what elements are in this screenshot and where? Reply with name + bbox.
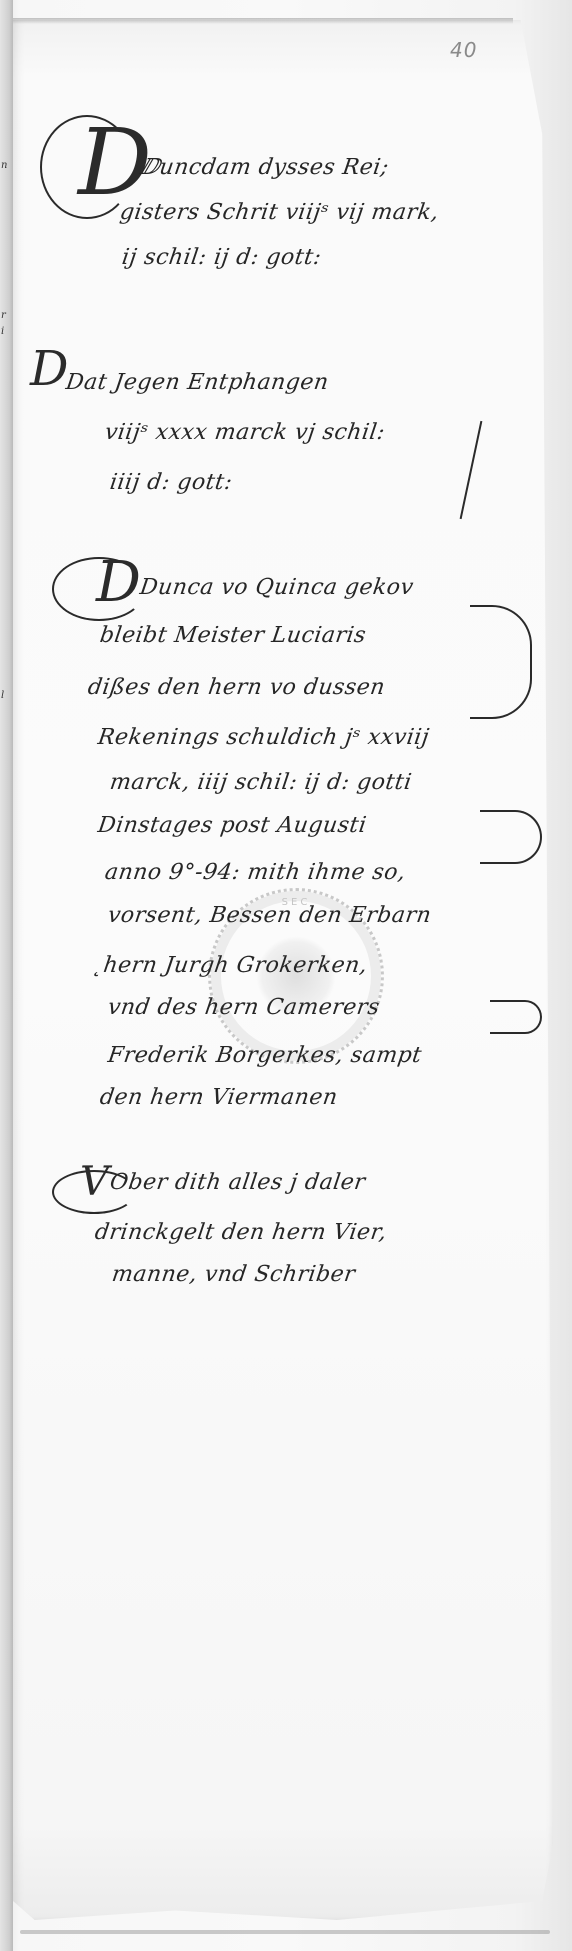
text-line: gisters Schrit viijˢ vij mark, [118, 200, 440, 225]
text-line: Ober dith alles j daler [108, 1170, 367, 1195]
facing-page-mark: l [1, 690, 4, 701]
facing-page-mark: i [1, 326, 4, 337]
initial-letter: D [96, 555, 141, 611]
text-line: ˛hern Jurgh Grokerken, [90, 953, 369, 978]
text-line: Dat Jegen Entphangen [64, 370, 330, 395]
facing-page-edge: n r i l [0, 0, 13, 1951]
text-line: ij schil: ij d: gott: [120, 245, 323, 270]
text-line: Rekenings schuldich jˢ xxviij [96, 725, 431, 750]
initial-letter: V [80, 1162, 109, 1202]
text-line: marck, iiij schil: ij d: gotti [108, 770, 413, 795]
text-line: Dunca vo Quinca gekov [138, 575, 415, 600]
text-line: Dinstages post Augusti [96, 813, 368, 838]
facing-page-mark: r [1, 310, 6, 321]
text-line: manne, vnd Schriber [110, 1262, 357, 1287]
facing-page-mark: n [1, 160, 7, 171]
leaf-bottom-edge [20, 1930, 550, 1934]
folio-number: 40 [450, 38, 477, 62]
margin-bracket [480, 810, 542, 864]
text-line: viijˢ xxxx marck vj schil: [103, 420, 387, 445]
text-line: vorsent, Bessen den Erbarn [106, 903, 433, 928]
initial-letter: D [30, 345, 68, 393]
margin-bracket [490, 1000, 542, 1034]
leaf-top-edge [13, 18, 513, 24]
text-line: ⅅuncdam dysses Rei; [138, 155, 390, 180]
margin-bracket [470, 605, 532, 719]
text-line: bleibt Meister Luciaris [98, 623, 367, 648]
text-line: dißes den hern vo dussen [86, 675, 386, 700]
text-line: iiij d: gott: [108, 470, 234, 495]
text-line: vnd des hern Camerers [106, 995, 381, 1020]
text-line: Frederik Borgerkes, sampt [106, 1043, 423, 1068]
text-line: drinckgelt den hern Vier, [93, 1220, 388, 1245]
text-line: den hern Viermanen [98, 1085, 339, 1110]
text-line: anno 9°-94: mith ihme so, [103, 860, 407, 885]
